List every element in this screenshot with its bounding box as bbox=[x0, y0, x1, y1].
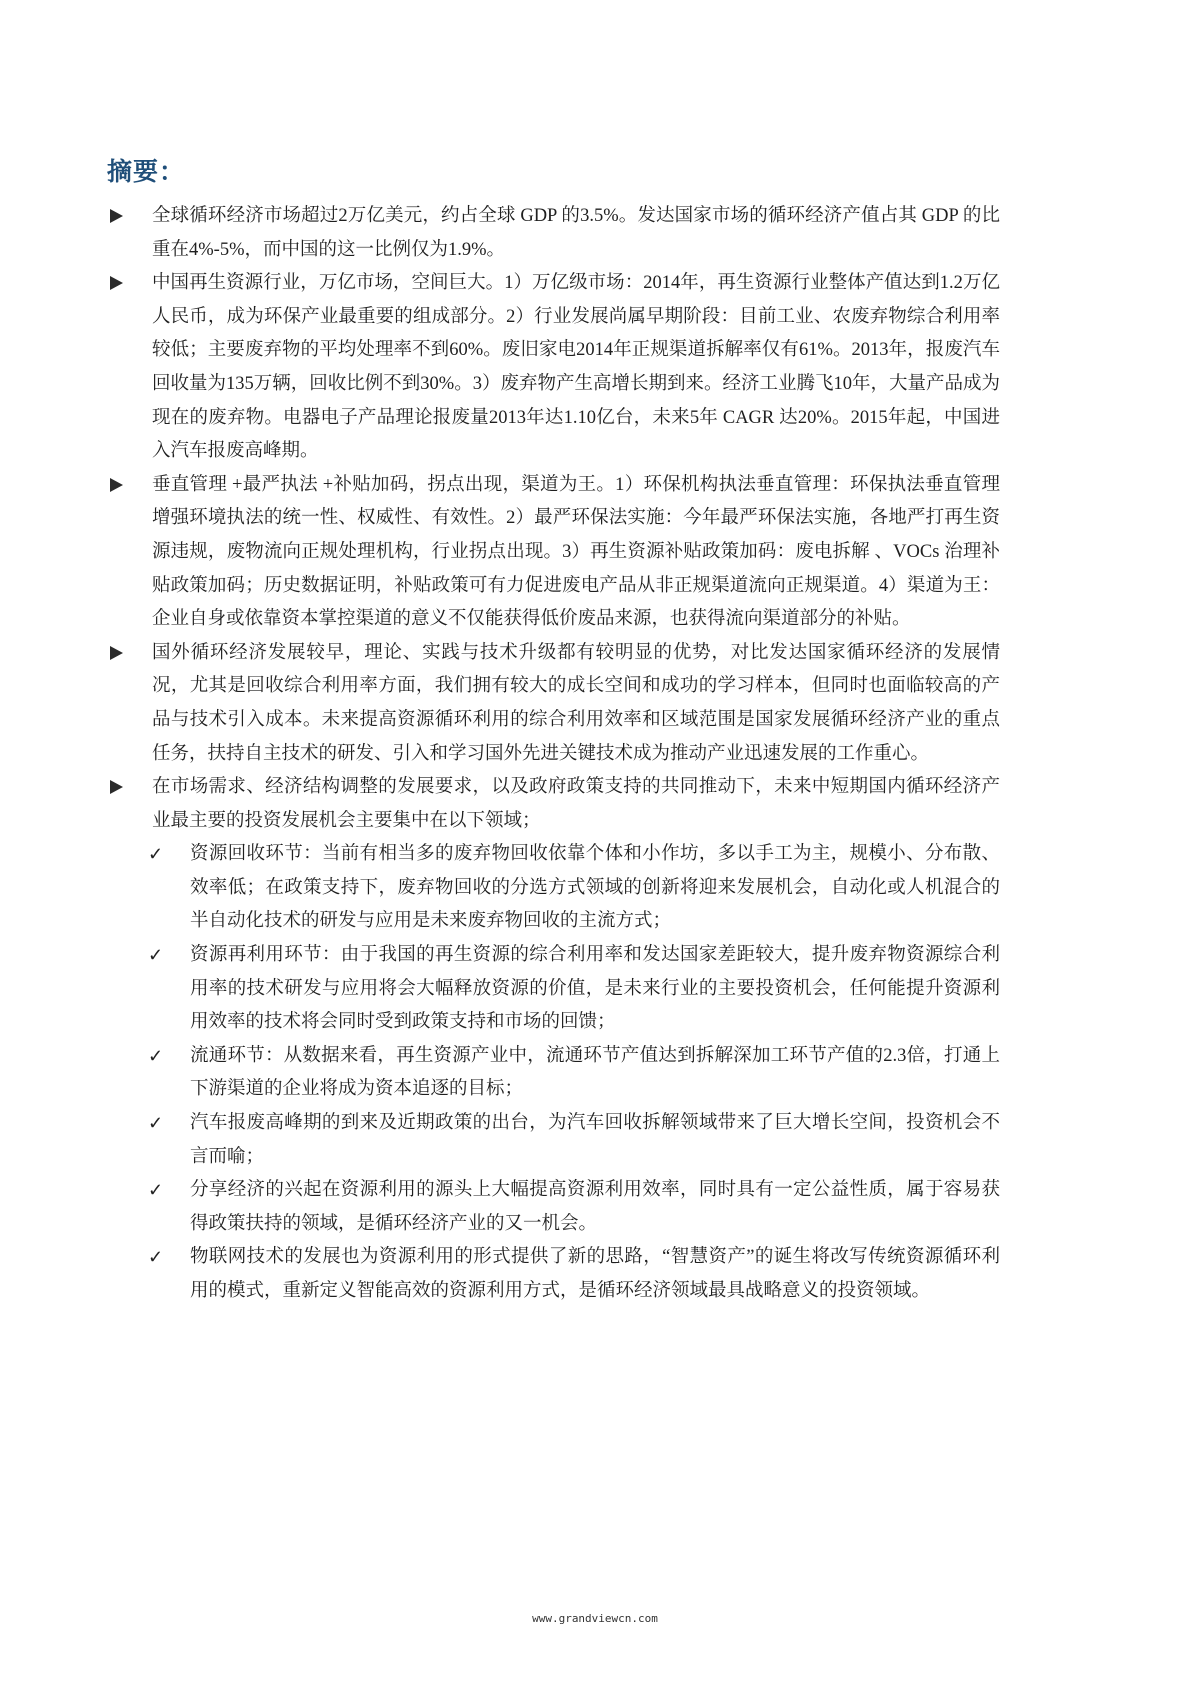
arrow-bullet-icon bbox=[110, 469, 123, 503]
document-page: 摘要： 全球循环经济市场超过2万亿美元，约占全球 GDP 的3.5%。发达国家市… bbox=[0, 0, 1190, 1683]
summary-list: 全球循环经济市场超过2万亿美元，约占全球 GDP 的3.5%。发达国家市场的循环… bbox=[110, 200, 1000, 1309]
list-item-text: 国外循环经济发展较早，理论、实践与技术升级都有较明显的优势，对比发达国家循环经济… bbox=[152, 643, 1000, 764]
sub-list-item: ✓ 分享经济的兴起在资源利用的源头上大幅提高资源利用效率，同时具有一定公益性质，… bbox=[110, 1174, 1000, 1241]
list-item-text: 中国再生资源行业，万亿市场，空间巨大。1）万亿级市场：2014年，再生资源行业整… bbox=[152, 273, 1000, 461]
list-item-text: 在市场需求、经济结构调整的发展要求，以及政府政策支持的共同推动下，未来中短期国内… bbox=[152, 777, 1000, 831]
checkmark-icon: ✓ bbox=[148, 1107, 163, 1141]
sub-list-item: ✓ 汽车报废高峰期的到来及近期政策的出台，为汽车回收拆解领域带来了巨大增长空间，… bbox=[110, 1107, 1000, 1174]
arrow-bullet-icon bbox=[110, 637, 123, 671]
list-item: 中国再生资源行业，万亿市场，空间巨大。1）万亿级市场：2014年，再生资源行业整… bbox=[110, 267, 1000, 469]
sub-list-item: ✓ 资源再利用环节：由于我国的再生资源的综合利用率和发达国家差距较大，提升废弃物… bbox=[110, 939, 1000, 1040]
list-item-text: 全球循环经济市场超过2万亿美元，约占全球 GDP 的3.5%。发达国家市场的循环… bbox=[152, 206, 1000, 260]
checkmark-icon: ✓ bbox=[148, 1174, 163, 1208]
list-item: 国外循环经济发展较早，理论、实践与技术升级都有较明显的优势，对比发达国家循环经济… bbox=[110, 637, 1000, 771]
page-title: 摘要： bbox=[107, 152, 185, 188]
list-item-text: 流通环节：从数据来看，再生资源产业中，流通环节产值达到拆解深加工环节产值的2.3… bbox=[190, 1046, 1000, 1100]
checkmark-icon: ✓ bbox=[148, 1040, 163, 1074]
arrow-bullet-icon bbox=[110, 200, 123, 234]
sub-list-item: ✓ 资源回收环节：当前有相当多的废弃物回收依靠个体和小作坊，多以手工为主，规模小… bbox=[110, 838, 1000, 939]
list-item-text: 物联网技术的发展也为资源利用的形式提供了新的思路，“智慧资产”的诞生将改写传统资… bbox=[190, 1247, 1000, 1301]
list-item: 在市场需求、经济结构调整的发展要求，以及政府政策支持的共同推动下，未来中短期国内… bbox=[110, 771, 1000, 838]
list-item-text: 分享经济的兴起在资源利用的源头上大幅提高资源利用效率，同时具有一定公益性质，属于… bbox=[190, 1180, 1000, 1234]
list-item: 垂直管理 +最严执法 +补贴加码，拐点出现，渠道为王。1）环保机构执法垂直管理：… bbox=[110, 469, 1000, 637]
arrow-bullet-icon bbox=[110, 771, 123, 805]
list-item-text: 资源再利用环节：由于我国的再生资源的综合利用率和发达国家差距较大，提升废弃物资源… bbox=[190, 945, 1000, 1032]
sub-list-item: ✓ 流通环节：从数据来看，再生资源产业中，流通环节产值达到拆解深加工环节产值的2… bbox=[110, 1040, 1000, 1107]
list-item: 全球循环经济市场超过2万亿美元，约占全球 GDP 的3.5%。发达国家市场的循环… bbox=[110, 200, 1000, 267]
arrow-bullet-icon bbox=[110, 267, 123, 301]
list-item-text: 汽车报废高峰期的到来及近期政策的出台，为汽车回收拆解领域带来了巨大增长空间，投资… bbox=[190, 1113, 1000, 1167]
sub-list-item: ✓ 物联网技术的发展也为资源利用的形式提供了新的思路，“智慧资产”的诞生将改写传… bbox=[110, 1241, 1000, 1308]
footer-url: www.grandviewcn.com bbox=[0, 1612, 1190, 1625]
checkmark-icon: ✓ bbox=[148, 939, 163, 973]
list-item-text: 资源回收环节：当前有相当多的废弃物回收依靠个体和小作坊，多以手工为主，规模小、分… bbox=[190, 844, 1000, 931]
checkmark-icon: ✓ bbox=[148, 1241, 163, 1275]
checkmark-icon: ✓ bbox=[148, 838, 163, 872]
list-item-text: 垂直管理 +最严执法 +补贴加码，拐点出现，渠道为王。1）环保机构执法垂直管理：… bbox=[152, 475, 1000, 629]
